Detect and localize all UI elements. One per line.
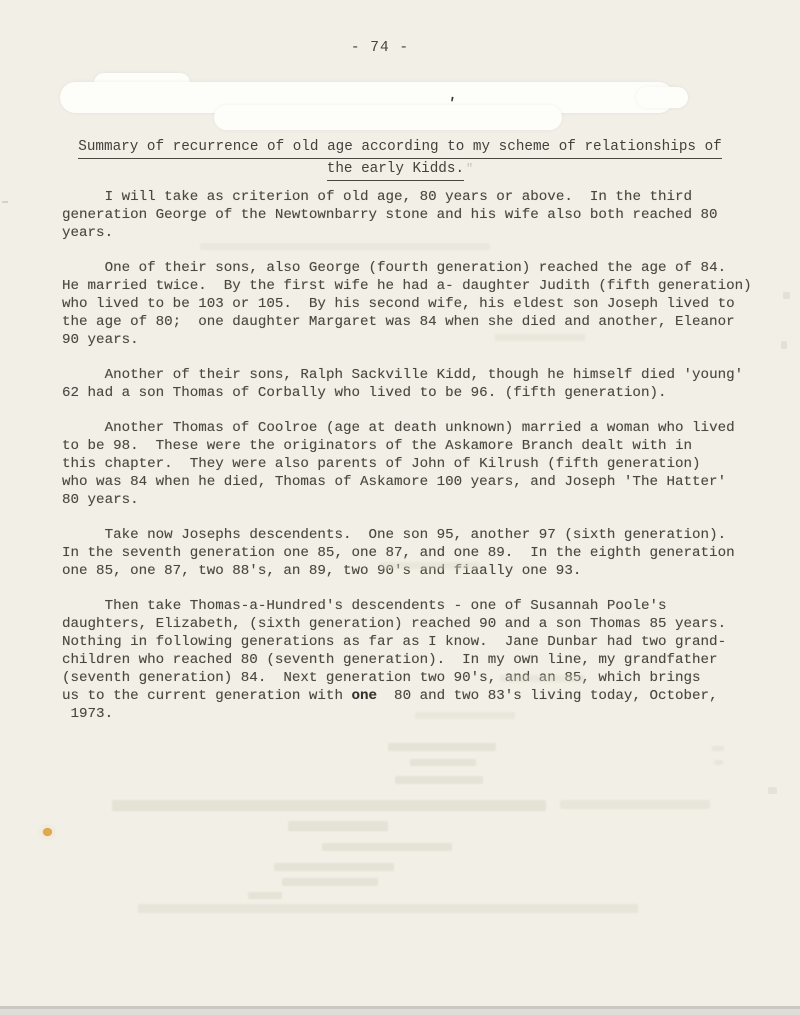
page-number: - 74 - [0, 40, 760, 56]
bleed-through-mark [248, 892, 282, 899]
bleed-through-mark [395, 776, 483, 784]
title-line-1: Summary of recurrence of old age accordi… [78, 138, 721, 159]
bleed-through-mark [388, 743, 496, 751]
paragraph-2: One of their sons, also George (fourth g… [62, 259, 768, 349]
document-title: Summary of recurrence of old age accordi… [0, 138, 800, 181]
emphasized-word: one [351, 688, 377, 704]
bleed-through-mark [288, 821, 388, 831]
paragraph-3: Another of their sons, Ralph Sackville K… [62, 366, 768, 402]
whiteout-blob [214, 105, 562, 130]
right-edge-mark [768, 787, 777, 794]
bleed-through-mark [495, 334, 585, 341]
bleed-through-mark [138, 904, 638, 913]
scan-edge-strip [0, 1009, 800, 1015]
title-line-2: the early Kidds. [327, 160, 464, 181]
bleed-through-mark [200, 243, 490, 250]
bleed-through-mark [322, 843, 452, 851]
paragraph-6: Then take Thomas-a-Hundred's descendents… [62, 597, 768, 723]
bleed-through-mark [415, 712, 515, 719]
bleed-through-mark [274, 863, 394, 871]
bleed-through-mark [112, 800, 546, 811]
orange-ink-dot [43, 828, 52, 836]
whiteout-blob [636, 87, 688, 108]
bleed-through-mark [380, 562, 480, 569]
bleed-through-mark [714, 760, 723, 765]
bleed-through-mark [500, 675, 585, 682]
right-edge-mark [781, 341, 787, 349]
faint-quote-mark: " [466, 162, 473, 176]
scanned-document-page: - 74 - ' Summary of recurrence of old ag… [0, 0, 800, 1015]
bleed-through-mark [560, 800, 710, 809]
left-edge-mark [2, 201, 8, 203]
paragraph-1: I will take as criterion of old age, 80 … [62, 188, 768, 242]
paragraph-4: Another Thomas of Coolroe (age at death … [62, 419, 768, 509]
bleed-through-mark [410, 759, 476, 766]
bleed-through-mark [712, 746, 724, 751]
bleed-through-mark [282, 878, 378, 886]
right-edge-mark [783, 292, 790, 299]
paragraph-5: Take now Josephs descendents. One son 95… [62, 526, 768, 580]
document-body: I will take as criterion of old age, 80 … [62, 188, 768, 723]
